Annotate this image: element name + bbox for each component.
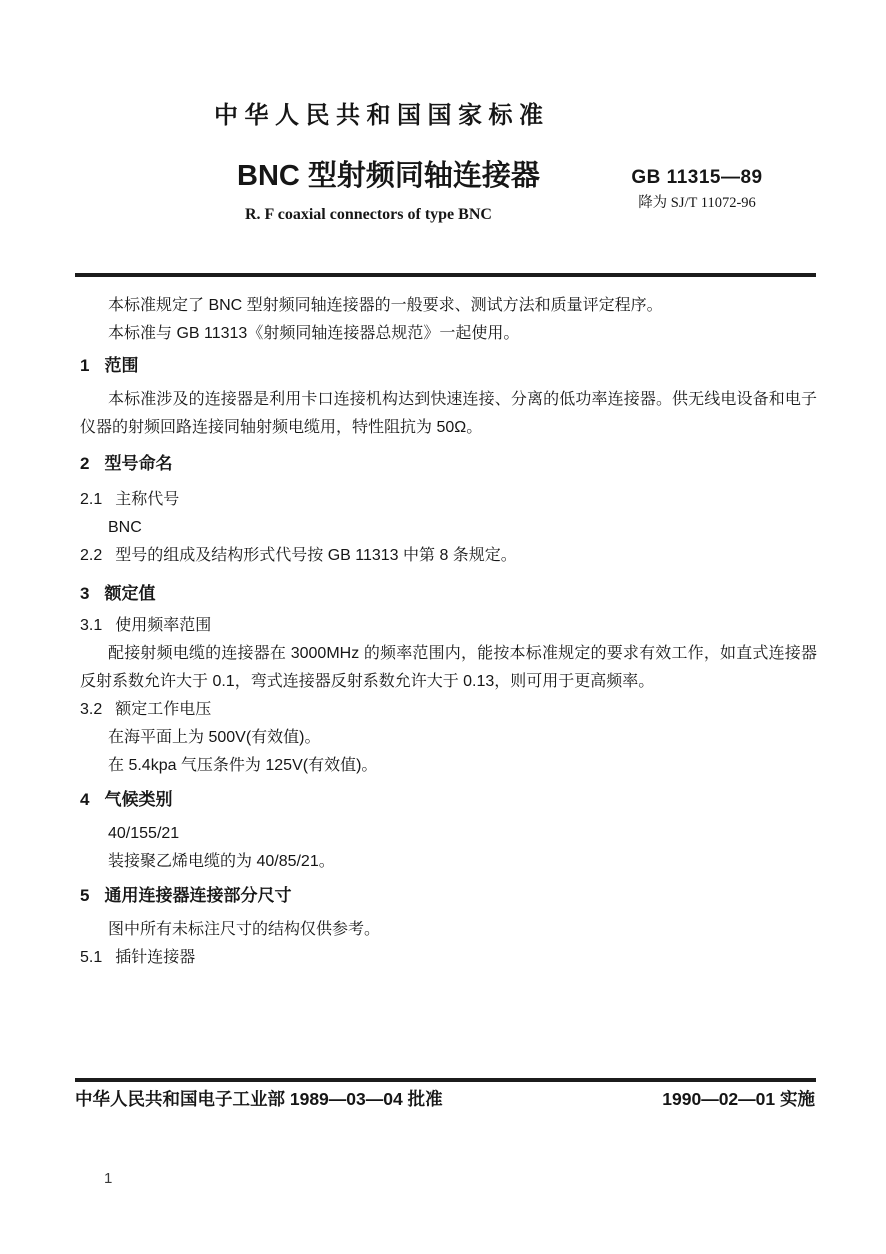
subclause-title: 型号的组成及结构形式代号按 GB 11313 中第 8 条规定。 <box>115 547 517 564</box>
subclause-heading: 2.1主称代号 <box>80 486 817 514</box>
subclause-title: 主称代号 <box>115 491 179 508</box>
section-title: 通用连接器连接部分尺寸 <box>104 886 291 905</box>
section-heading: 5通用连接器连接部分尺寸 <box>80 882 817 910</box>
approval-text: 中华人民共和国电子工业部 1989—03—04 批准 <box>75 1086 443 1111</box>
section-title: 型号命名 <box>104 454 172 473</box>
body-line: 在海平面上为 500V(有效值)。 <box>80 724 817 752</box>
subclause-title: 额定工作电压 <box>115 701 211 718</box>
subclause-number: 5.1 <box>80 949 102 966</box>
section-number: 1 <box>80 356 89 375</box>
paragraph: 本标准涉及的连接器是利用卡口连接机构达到快速连接、分离的低功率连接器。供无线电设… <box>80 386 817 442</box>
intro-paragraph: 本标准与 GB 11313《射频同轴连接器总规范》一起使用。 <box>80 320 817 348</box>
body-line: 在 5.4kpa 气压条件为 125V(有效值)。 <box>80 752 817 780</box>
section-number: 2 <box>80 454 89 473</box>
subclause-number: 2.2 <box>80 547 102 564</box>
document-title-zh: BNC 型射频同轴连接器 <box>237 153 540 194</box>
body-line: BNC <box>80 514 817 542</box>
body-line: 装接聚乙烯电缆的为 40/85/21。 <box>80 848 817 876</box>
section-number: 5 <box>80 886 89 905</box>
subclause-title: 使用频率范围 <box>115 617 211 634</box>
standard-number: GB 11315—89 <box>626 167 768 189</box>
section-heading: 2型号命名 <box>80 450 817 478</box>
section-title: 额定值 <box>104 584 155 603</box>
subclause-heading: 2.2型号的组成及结构形式代号按 GB 11313 中第 8 条规定。 <box>80 542 817 570</box>
document-page: 中华人民共和国国家标准 BNC 型射频同轴连接器 GB 11315—89 降为 … <box>0 0 886 1254</box>
paragraph: 配接射频电缆的连接器在 3000MHz 的频率范围内，能按本标准规定的要求有效工… <box>80 640 817 696</box>
standard-name: 中华人民共和国国家标准 <box>214 95 550 130</box>
section-heading: 1范围 <box>80 352 817 380</box>
body-line: 40/155/21 <box>80 820 817 848</box>
footer: 中华人民共和国电子工业部 1989—03—04 批准 1990—02—01 实施 <box>75 1086 815 1111</box>
subclause-heading: 5.1插针连接器 <box>80 944 817 972</box>
document-body: 本标准规定了 BNC 型射频同轴连接器的一般要求、测试方法和质量评定程序。 本标… <box>80 292 817 972</box>
subclause-heading: 3.2额定工作电压 <box>80 696 817 724</box>
superseded-note: 降为 SJ/T 11072-96 <box>626 191 768 212</box>
section-heading: 3额定值 <box>80 580 817 608</box>
body-line: 图中所有未标注尺寸的结构仅供参考。 <box>80 916 817 944</box>
standard-number-block: GB 11315—89 降为 SJ/T 11072-96 <box>626 167 768 212</box>
subclause-number: 3.2 <box>80 701 102 718</box>
document-title-en: R. F coaxial connectors of type BNC <box>245 206 492 224</box>
section-title: 范围 <box>104 356 138 375</box>
section-number: 4 <box>80 790 89 809</box>
subclause-number: 2.1 <box>80 491 102 508</box>
page-number: 1 <box>104 1170 112 1187</box>
section-heading: 4气候类别 <box>80 786 817 814</box>
header-rule <box>75 273 816 277</box>
subclause-number: 3.1 <box>80 617 102 634</box>
subclause-title: 插针连接器 <box>115 949 195 966</box>
subclause-heading: 3.1使用频率范围 <box>80 612 817 640</box>
implementation-text: 1990—02—01 实施 <box>662 1086 815 1111</box>
intro-paragraph: 本标准规定了 BNC 型射频同轴连接器的一般要求、测试方法和质量评定程序。 <box>80 292 817 320</box>
section-title: 气候类别 <box>104 790 172 809</box>
footer-rule <box>75 1078 816 1082</box>
section-number: 3 <box>80 584 89 603</box>
